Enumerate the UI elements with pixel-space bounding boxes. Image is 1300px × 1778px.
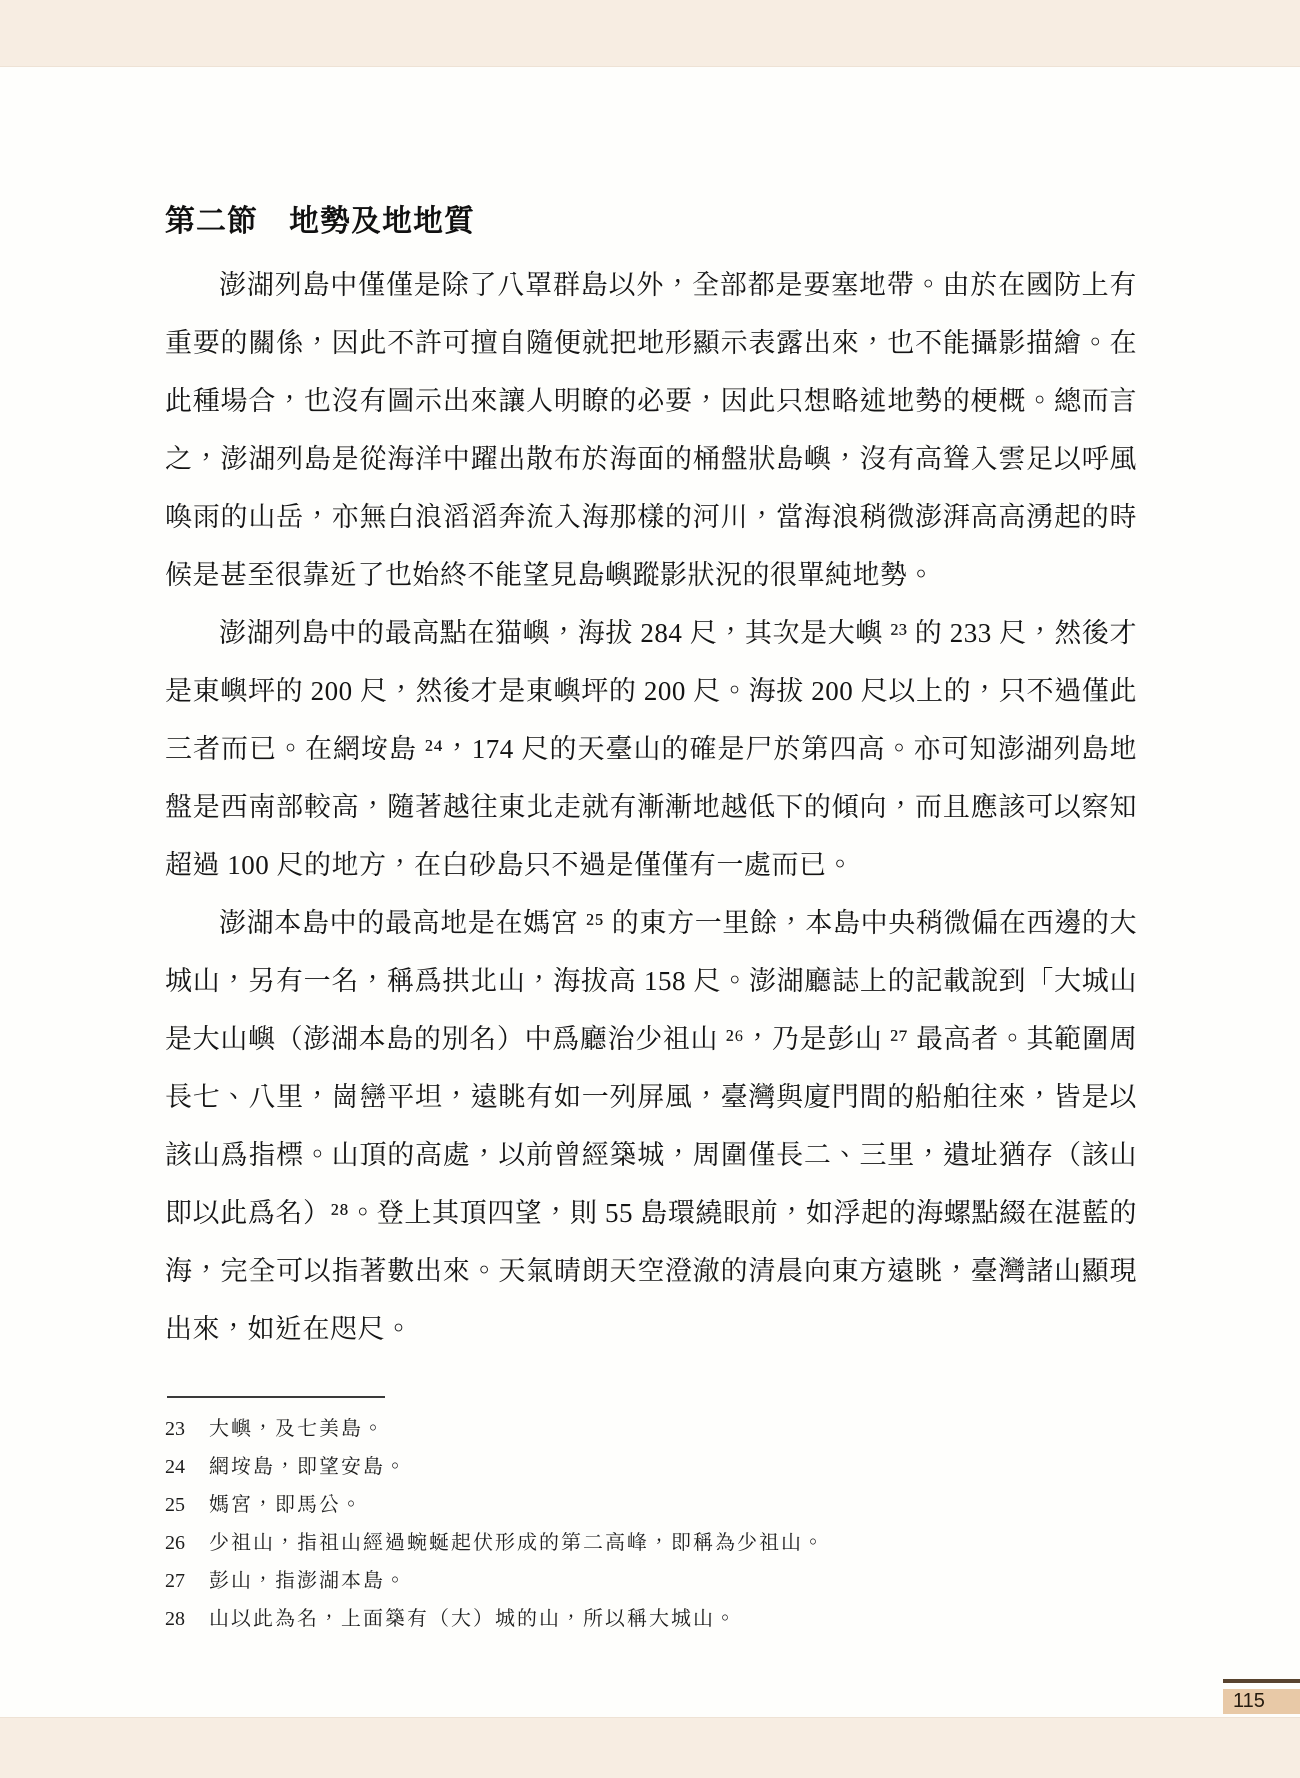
footnote-number: 26 [165, 1524, 209, 1562]
footnote-number: 23 [165, 1410, 209, 1448]
book-page: 第二節 地勢及地地質 澎湖列島中僅僅是除了八罩群島以外，全部都是要塞地帶。由於在… [0, 0, 1300, 1778]
footnote: 24 網垵島，即望安島。 [165, 1448, 1150, 1486]
footnote-number: 28 [165, 1600, 209, 1638]
paragraph: 澎湖列島中的最高點在猫嶼，海拔 284 尺，其次是大嶼 ²³ 的 233 尺，然… [165, 604, 1137, 894]
footnote-number: 27 [165, 1562, 209, 1600]
footnote-number: 24 [165, 1448, 209, 1486]
footnote: 25 媽宮，即馬公。 [165, 1486, 1150, 1524]
section-heading: 第二節 地勢及地地質 [165, 196, 1137, 240]
footnotes-section: 23 大嶼，及七美島。 24 網垵島，即望安島。 25 媽宮，即馬公。 26 少… [165, 1396, 1150, 1638]
body-text: 澎湖列島中僅僅是除了八罩群島以外，全部都是要塞地帶。由於在國防上有重要的關係，因… [165, 256, 1137, 1358]
page-number-rule [1223, 1679, 1300, 1683]
bottom-decorative-bar [0, 1717, 1300, 1778]
footnote-text: 彭山，指澎湖本島。 [209, 1562, 407, 1600]
paragraph: 澎湖列島中僅僅是除了八罩群島以外，全部都是要塞地帶。由於在國防上有重要的關係，因… [165, 256, 1137, 604]
footnote: 23 大嶼，及七美島。 [165, 1410, 1150, 1448]
footnote-separator [167, 1396, 385, 1398]
page-number-badge: 115 [1223, 1689, 1300, 1714]
footnote-text: 媽宮，即馬公。 [209, 1486, 363, 1524]
paragraph: 澎湖本島中的最高地是在媽宮 ²⁵ 的東方一里餘，本島中央稍微偏在西邊的大城山，另… [165, 894, 1137, 1358]
footnote: 26 少祖山，指祖山經過蜿蜒起伏形成的第二高峰，即稱為少祖山。 [165, 1524, 1150, 1562]
footnote-text: 少祖山，指祖山經過蜿蜒起伏形成的第二高峰，即稱為少祖山。 [209, 1524, 825, 1562]
footnote: 27 彭山，指澎湖本島。 [165, 1562, 1150, 1600]
footnote-text: 大嶼，及七美島。 [209, 1410, 385, 1448]
footnote: 28 山以此為名，上面築有（大）城的山，所以稱大城山。 [165, 1600, 1150, 1638]
footnote-text: 網垵島，即望安島。 [209, 1448, 407, 1486]
page-content: 第二節 地勢及地地質 澎湖列島中僅僅是除了八罩群島以外，全部都是要塞地帶。由於在… [165, 196, 1137, 1358]
page-number: 115 [1233, 1690, 1265, 1713]
footnote-number: 25 [165, 1486, 209, 1524]
top-decorative-bar [0, 0, 1300, 67]
footnote-text: 山以此為名，上面築有（大）城的山，所以稱大城山。 [209, 1600, 737, 1638]
